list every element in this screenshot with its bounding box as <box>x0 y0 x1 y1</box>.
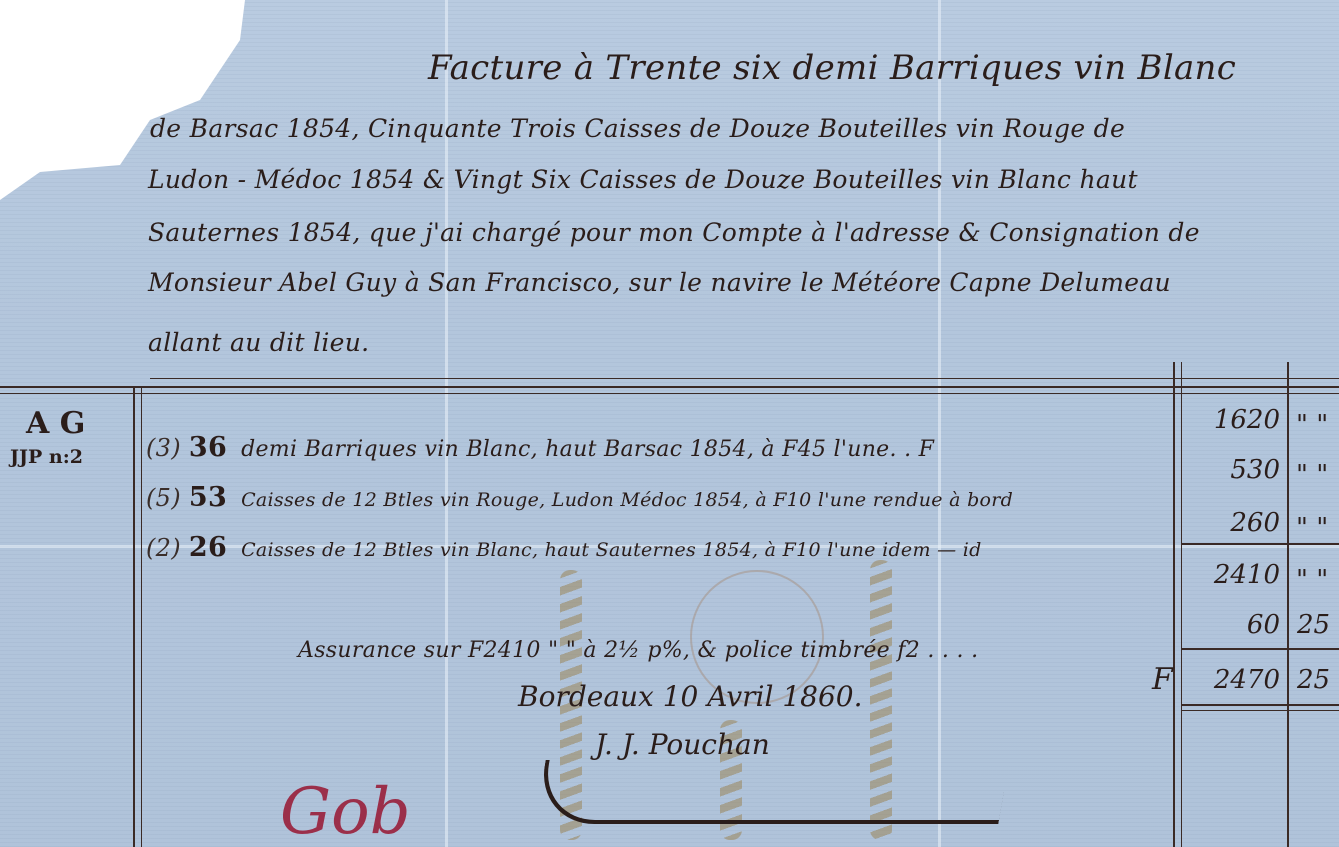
subtotal-rule <box>1181 543 1339 545</box>
total-currency: F <box>1152 662 1173 697</box>
signature: J. J. Pouchan <box>595 728 770 761</box>
item-row: (3)36demi Barriques vin Blanc, haut Bars… <box>146 432 934 463</box>
item-count-circled: (2) <box>146 534 181 562</box>
shipping-mark-number: JJP n:2 <box>10 446 83 468</box>
subtotal-cents: " " <box>1296 565 1328 595</box>
item-quantity: 36 <box>189 432 227 463</box>
amount-column-rule <box>1173 362 1175 847</box>
insurance-line: Assurance sur F2410 " " à 2½ p%, & polic… <box>298 638 978 663</box>
table-top-rule <box>150 378 1339 379</box>
red-annotation: Gob <box>280 775 411 847</box>
item-cents: " " <box>1296 513 1328 543</box>
item-description: Caisses de 12 Btles vin Rouge, Ludon Méd… <box>241 489 1013 511</box>
heading-line-5: Monsieur Abel Guy à San Francisco, sur l… <box>148 268 1171 297</box>
item-count-circled: (3) <box>146 434 181 462</box>
heading-line-6: allant au dit lieu. <box>148 328 369 357</box>
total-bottom-rule <box>1181 704 1339 706</box>
heading-line-4: Sauternes 1854, que j'ai chargé pour mon… <box>148 218 1200 247</box>
item-cents: " " <box>1296 460 1328 490</box>
total-rule <box>1181 648 1339 650</box>
item-row: (2)26Caisses de 12 Btles vin Blanc, haut… <box>146 532 982 563</box>
table-top-rule <box>0 386 1339 388</box>
item-description: demi Barriques vin Blanc, haut Barsac 18… <box>241 437 934 462</box>
heading-line-3: Ludon - Médoc 1854 & Vingt Six Caisses d… <box>148 165 1138 194</box>
marks-column-rule <box>141 386 142 847</box>
item-quantity: 53 <box>189 482 227 513</box>
insurance-amount: 60 <box>1185 610 1280 640</box>
cents-column-rule <box>1287 362 1289 847</box>
place-date: Bordeaux 10 Avril 1860. <box>518 680 863 713</box>
signature-flourish <box>534 760 1009 824</box>
heading-line-1: Facture à Trente six demi Barriques vin … <box>428 48 1236 88</box>
item-quantity: 26 <box>189 532 227 563</box>
item-amount: 1620 <box>1185 405 1280 435</box>
insurance-cents: 25 <box>1297 610 1330 640</box>
invoice-paper: Facture à Trente six demi Barriques vin … <box>0 0 1339 847</box>
item-count-circled: (5) <box>146 484 181 512</box>
total-amount: 2470 <box>1185 665 1280 695</box>
subtotal-amount: 2410 <box>1185 560 1280 590</box>
item-row: (5)53Caisses de 12 Btles vin Rouge, Ludo… <box>146 482 1013 513</box>
amount-column-rule <box>1181 362 1182 847</box>
item-cents: " " <box>1296 410 1328 440</box>
item-amount: 530 <box>1185 455 1280 485</box>
heading-line-2: de Barsac 1854, Cinquante Trois Caisses … <box>150 114 1125 143</box>
marks-column-rule <box>133 386 135 847</box>
item-amount: 260 <box>1185 508 1280 538</box>
total-cents: 25 <box>1297 665 1330 695</box>
total-bottom-rule <box>1181 710 1339 711</box>
item-description: Caisses de 12 Btles vin Blanc, haut Saut… <box>241 539 982 561</box>
table-top-rule <box>0 393 1339 394</box>
shipping-mark: A G <box>26 406 85 441</box>
